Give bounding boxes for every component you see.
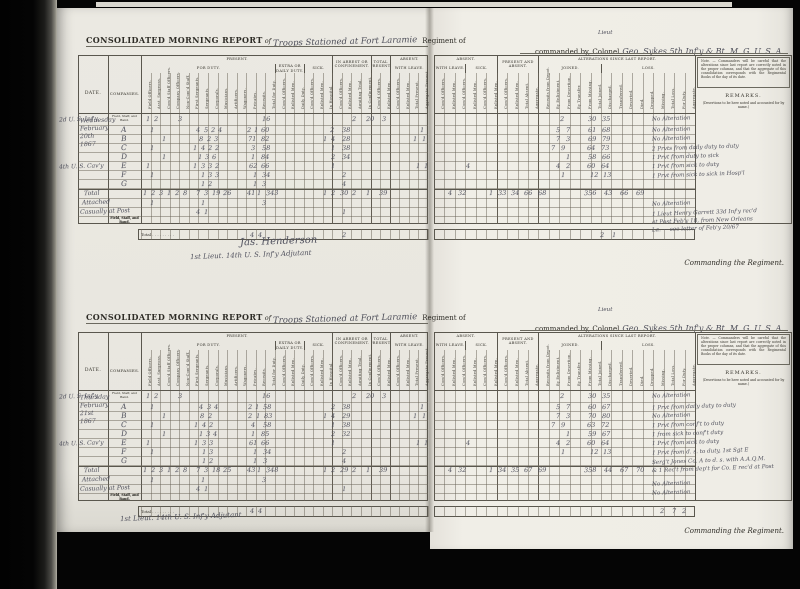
handwritten-entry: 4 [196, 208, 200, 216]
table-rule-vertical [507, 506, 508, 517]
handwritten-entry: 2 [154, 115, 158, 123]
handwritten-entry: 39 [379, 189, 388, 197]
handwritten-entry: 3 [215, 171, 219, 179]
table-rule-vertical [409, 229, 410, 240]
table-rule-vertical [237, 350, 238, 501]
table-rule-vertical [643, 506, 644, 517]
handwritten-entry: 1 [194, 439, 198, 447]
handwritten-entry: 1 [489, 466, 493, 474]
companies-column-header: COMPANIES. [108, 91, 141, 96]
table-rule-vertical [361, 73, 362, 224]
handwritten-entry: 1 [201, 199, 205, 207]
handwritten-entry: 5 [556, 403, 560, 411]
handwritten-entry: 2 [209, 457, 213, 465]
table-rule-vertical [476, 73, 477, 224]
subsection-header: WITH LEAVE. [434, 341, 465, 350]
table-rule-vertical [304, 506, 305, 517]
handwritten-entry: 2 [330, 126, 334, 134]
handwritten-entry: 4 [466, 162, 470, 170]
handwritten-entry: 58 [263, 421, 272, 429]
handwritten-entry: 67 [602, 430, 611, 438]
handwritten-entry: 1 [150, 448, 154, 456]
handwritten-entry: 3 [202, 439, 206, 447]
handwritten-entry: 3 [262, 180, 266, 188]
table-rule-vertical [632, 229, 633, 240]
table-rule-vertical [497, 506, 498, 517]
handwritten-entry: 1 [366, 189, 370, 197]
table-rule-horizontal [78, 207, 428, 208]
handwritten-entry: 4 [331, 412, 335, 420]
handwritten-entry: 1 [424, 162, 428, 170]
table-rule-vertical [361, 506, 362, 517]
handwritten-entry: 4 [251, 421, 255, 429]
table-rule-vertical [218, 350, 219, 501]
handwritten-entry: 38 [342, 126, 351, 134]
table-rule-vertical [304, 350, 305, 501]
table-rule-vertical [208, 229, 209, 240]
of-label: of [265, 314, 271, 322]
table-rule-vertical [399, 73, 400, 224]
table-rule-vertical [632, 506, 633, 517]
table-rule-vertical [428, 229, 429, 240]
table-rule-vertical [580, 73, 581, 224]
table-rule-horizontal [434, 438, 695, 439]
handwritten-entry: 1 [561, 448, 565, 456]
form1-title-line: CONSOLIDATED MORNING REPORTofTroops Stat… [86, 28, 466, 47]
table-rule-vertical [380, 73, 381, 224]
table-rule-vertical [332, 229, 333, 240]
table-rule-vertical [361, 229, 362, 240]
section-header: PRESENT. [141, 332, 332, 341]
table-rule-horizontal [78, 475, 428, 476]
handwritten-entry: 2 [352, 189, 356, 197]
table-rule-vertical [444, 506, 445, 517]
date-handwriting: 20th [80, 133, 95, 140]
handwritten-entry: 70 [636, 466, 645, 474]
date-handwriting: 21st [80, 410, 94, 417]
subsection-header: LOSS. [601, 64, 695, 73]
table-rule-vertical [444, 229, 445, 240]
table-rule-vertical [390, 350, 391, 501]
remarks-title: REMARKS. [695, 370, 792, 376]
handwritten-entry: 7 [672, 507, 676, 515]
table-rule-vertical [285, 506, 286, 517]
handwritten-entry: 8 [183, 466, 187, 474]
handwritten-entry: 1 [204, 208, 208, 216]
table-rule-vertical [465, 229, 466, 240]
handwritten-entry: 1 [331, 439, 335, 447]
table-rule-vertical [265, 506, 266, 517]
table-rule-vertical [455, 229, 456, 240]
table-rule-vertical [160, 350, 161, 501]
handwritten-entry: 1 [150, 476, 154, 484]
table-rule-vertical [371, 229, 372, 240]
company-letter: D [121, 429, 127, 438]
table-rule-vertical [549, 506, 550, 517]
table-rule-vertical [256, 350, 257, 501]
company-letter: E [121, 438, 127, 447]
table-rule-vertical [409, 350, 410, 501]
table-rule-vertical [160, 73, 161, 224]
table-rule-horizontal [78, 402, 428, 403]
handwritten-entry: 66 [261, 439, 270, 447]
handwritten-entry: 1 [150, 144, 154, 152]
table-rule-vertical [285, 73, 286, 224]
rank-handwriting: Lieut [598, 30, 612, 36]
commanding-the-regiment: Commanding the Regiment. [684, 527, 784, 535]
handwritten-entry: 4 [258, 507, 262, 515]
table-rule-vertical [611, 73, 612, 224]
table-rule-vertical [351, 229, 352, 240]
handwritten-entry: 1 [331, 421, 335, 429]
handwritten-entry: 1 [254, 126, 258, 134]
handwritten-entry: 1 [146, 162, 150, 170]
handwritten-entry: 4 [448, 466, 452, 474]
handwritten-entry: 2 [331, 430, 335, 438]
section-header: ALTERATIONS SINCE LAST REPORT. [538, 55, 695, 64]
subsection-header: FOR DUTY. [141, 64, 275, 73]
handwritten-entry: 1 [162, 412, 166, 420]
section-header: PRESENT AND ABSENT. [497, 332, 539, 350]
handwritten-entry: 66 [524, 189, 533, 197]
remarks-subtitle: (Desertions to be here noted and account… [697, 101, 790, 109]
handwritten-entry: 30 [588, 115, 597, 123]
date-column-header: DATE. [78, 368, 108, 373]
handwritten-entry: 34 [262, 171, 271, 179]
handwritten-entry: 1 [566, 153, 570, 161]
table-rule-vertical [497, 73, 498, 224]
field-staff-band-label: Field, Staff, and Band. [109, 392, 140, 399]
handwritten-entry: 7 [551, 144, 555, 152]
table-rule-vertical [622, 350, 623, 501]
table-rule-vertical [486, 73, 487, 224]
table-rule-vertical [332, 506, 333, 517]
report-title: CONSOLIDATED MORNING REPORT [86, 312, 263, 322]
table-rule-vertical [611, 506, 612, 517]
handwritten-entry: 1 [150, 199, 154, 207]
table-rule-vertical [170, 73, 171, 224]
handwritten-entry: 3 [251, 144, 255, 152]
handwritten-entry: 32 [458, 189, 467, 197]
table-rule-vertical [549, 73, 550, 224]
handwritten-entry: 3 [209, 439, 213, 447]
handwritten-entry: 35 [602, 115, 611, 123]
table-rule-vertical [227, 73, 228, 224]
handwritten-entry: 4 [448, 189, 452, 197]
table-rule-horizontal [434, 402, 695, 403]
table-rule-vertical [179, 73, 180, 224]
section-header: TOTAL PRESENT. [371, 55, 390, 73]
table-rule-horizontal [78, 198, 428, 199]
table-rule-vertical [601, 506, 602, 517]
handwritten-entry: 80 [602, 412, 611, 420]
handwritten-entry: 20 [366, 392, 375, 400]
handwritten-entry: 4 [202, 421, 206, 429]
section-header: ABSENT. [434, 332, 497, 341]
handwritten-entry: 1 [204, 485, 208, 493]
handwritten-entry: 1 [257, 466, 261, 474]
table-rule-vertical [444, 73, 445, 224]
handwritten-entry: 1 [253, 180, 257, 188]
handwritten-entry: 72 [601, 421, 610, 429]
table-rule-vertical [275, 506, 276, 517]
handwritten-entry: 2 [175, 189, 179, 197]
handwritten-entry: 3 [566, 412, 570, 420]
table-rule-vertical [246, 506, 247, 517]
handwritten-entry: 1 [561, 171, 565, 179]
handwritten-entry: 3 [204, 466, 208, 474]
handwritten-entry: 1 [198, 153, 202, 161]
handwritten-entry: 1 [612, 231, 616, 239]
table-rule-vertical [189, 73, 190, 224]
handwritten-entry: 58 [263, 403, 272, 411]
table-rule-horizontal [434, 113, 695, 114]
bottom-row-label: Attached [82, 476, 110, 484]
handwritten-entry: 2 [331, 153, 335, 161]
date-handwriting: Thursday [80, 393, 110, 401]
handwritten-entry: 1 [424, 439, 428, 447]
table-rule-vertical [622, 229, 623, 240]
table-rule-vertical [380, 350, 381, 501]
section-header: IN ARREST OR CONFINEMENT. [332, 55, 370, 73]
table-rule-vertical [518, 506, 519, 517]
handwritten-entry: 4 [466, 439, 470, 447]
table-rule-vertical [444, 350, 445, 501]
table-rule-vertical [198, 73, 199, 224]
rotated-column-label: Aggregate Present. [425, 347, 429, 386]
handwritten-entry: 3 [382, 115, 386, 123]
subsection-header: WITH LEAVE. [390, 64, 428, 73]
table-rule-vertical [455, 506, 456, 517]
report-title: CONSOLIDATED MORNING REPORT [86, 35, 263, 45]
handwritten-entry: 1 [201, 171, 205, 179]
handwritten-entry: 7 [551, 421, 555, 429]
handwritten-entry: 7 [196, 466, 200, 474]
table-rule-vertical [580, 506, 581, 517]
table-rule-vertical [486, 229, 487, 240]
handwritten-entry: 2 [215, 144, 219, 152]
handwritten-entry: 38 [342, 421, 351, 429]
table-rule-vertical [518, 229, 519, 240]
table-rule-vertical [538, 350, 539, 501]
table-rule-vertical [323, 506, 324, 517]
table-rule-vertical [528, 350, 529, 501]
table-rule-vertical [580, 350, 581, 501]
handwritten-entry: 1 [416, 439, 420, 447]
table-rule-vertical [455, 73, 456, 224]
handwritten-entry: 4 [342, 180, 346, 188]
handwritten-entry: 18 [212, 466, 221, 474]
table-rule-horizontal [434, 429, 695, 430]
handwritten-entry: 38 [342, 144, 351, 152]
table-rule-vertical [507, 350, 508, 501]
handwritten-entry: 58 [262, 144, 271, 152]
handwritten-entry: 3 [178, 115, 182, 123]
handwritten-entry: 3 [201, 162, 205, 170]
table-rule-vertical [227, 229, 228, 240]
table-rule-vertical [507, 229, 508, 240]
table-rule-vertical [418, 73, 419, 224]
table-rule-horizontal [434, 125, 695, 126]
table-rule-vertical [361, 350, 362, 501]
handwritten-entry: 2 [342, 231, 346, 239]
table-rule-vertical [486, 350, 487, 501]
handwritten-entry: 85 [261, 430, 270, 438]
handwritten-entry: 1 [420, 126, 424, 134]
handwritten-entry: 5 [204, 126, 208, 134]
handwritten-entry: 4 [342, 457, 346, 465]
total-strip-right [434, 506, 695, 517]
remarks-note: Note. — Commanders will be careful that … [697, 57, 790, 88]
table-rule-vertical [371, 73, 372, 224]
handwritten-entry: 343 [266, 189, 279, 197]
table-rule-vertical [198, 350, 199, 501]
handwritten-entry: 30 [588, 392, 597, 400]
table-rule-vertical [304, 73, 305, 224]
handwritten-entry: 4 [331, 135, 335, 143]
handwritten-entry: 3 [566, 135, 570, 143]
handwritten-entry: 2 [207, 135, 211, 143]
handwritten-entry: 4 [199, 403, 203, 411]
table-rule-vertical [418, 229, 419, 240]
handwritten-entry: 66 [620, 189, 629, 197]
handwritten-entry: 1 [323, 466, 327, 474]
handwritten-entry: 33 [498, 189, 507, 197]
handwritten-entry: 2 [248, 403, 252, 411]
table-rule-vertical [323, 229, 324, 240]
table-rule-vertical [497, 350, 498, 501]
handwritten-entry: 1 [253, 457, 257, 465]
table-rule-vertical [653, 506, 654, 517]
companies-column-header: COMPANIES. [108, 368, 141, 373]
commanding-the-regiment: Commanding the Regiment. [684, 259, 784, 267]
table-rule-vertical [313, 506, 314, 517]
table-rule-vertical [476, 350, 477, 501]
subsection-header: LOSS. [601, 341, 695, 350]
handwritten-entry: 84 [261, 153, 270, 161]
handwritten-entry: 20 [366, 115, 375, 123]
handwritten-entry: 2 [660, 507, 664, 515]
handwritten-entry: 1 [150, 126, 154, 134]
handwritten-entry: 19 [212, 189, 221, 197]
company-letter: F [121, 170, 127, 179]
table-rule-vertical [465, 73, 466, 224]
company-letter: E [121, 161, 127, 170]
section-header: IN ARREST OR CONFINEMENT. [332, 332, 370, 350]
handwritten-entry: 34 [498, 466, 507, 474]
handwritten-entry: 1 [193, 144, 197, 152]
handwritten-entry: 1 [251, 153, 255, 161]
company-letter: A [121, 125, 127, 134]
handwritten-entry: 39 [379, 466, 388, 474]
handwritten-entry: 13 [603, 171, 612, 179]
table-rule-vertical [428, 506, 429, 517]
handwritten-entry: 1 [323, 412, 327, 420]
handwritten-entry: 3 [205, 153, 209, 161]
table-rule-vertical [409, 73, 410, 224]
handwritten-entry: 2 [215, 162, 219, 170]
handwritten-entry: 9 [561, 421, 565, 429]
subsection-header: WITH LEAVE. [390, 341, 428, 350]
handwritten-entry: 1 [143, 466, 147, 474]
handwritten-entry: 2 [151, 189, 155, 197]
handwritten-entry: 34 [342, 153, 351, 161]
handwritten-entry: 1 [331, 162, 335, 170]
section-header: PRESENT. [141, 55, 332, 64]
handwritten-entry: 16 [262, 392, 271, 400]
book-binding-edge [0, 0, 57, 589]
table-rule-vertical [313, 350, 314, 501]
handwritten-entry: 13 [603, 448, 612, 456]
handwritten-entry: 1 [201, 180, 205, 188]
company-letter: G [121, 179, 127, 188]
handwritten-entry: 79 [602, 135, 611, 143]
handwritten-entry: 3 [262, 199, 266, 207]
form2-title-line: CONSOLIDATED MORNING REPORTofTroops Stat… [86, 305, 466, 324]
of-label: of [265, 37, 271, 45]
handwritten-entry: 3 [159, 466, 163, 474]
handwritten-entry: 1 [199, 430, 203, 438]
handwritten-entry: 5 [556, 126, 560, 134]
table-rule-vertical [390, 73, 391, 224]
bottom-row-label: Total [84, 190, 100, 198]
table-rule-vertical [170, 350, 171, 501]
company-letter: F [121, 447, 127, 456]
regiment-of-label: Regiment of [422, 37, 465, 45]
handwritten-entry: 8 [199, 135, 203, 143]
handwritten-entry: 64 [587, 144, 596, 152]
handwritten-entry: 1 [194, 421, 198, 429]
page-top-edge [96, 2, 732, 7]
table-rule-vertical [256, 73, 257, 224]
handwritten-entry: 2 [247, 126, 251, 134]
table-rule-vertical [351, 350, 352, 501]
table-rule-vertical [237, 229, 238, 240]
table-rule-vertical [351, 506, 352, 517]
handwritten-entry: 1 [257, 189, 261, 197]
handwritten-entry: 29 [342, 412, 351, 420]
handwritten-entry: 1 [489, 189, 493, 197]
table-rule-vertical [455, 350, 456, 501]
handwritten-entry: 4 [201, 144, 205, 152]
handwritten-entry: 1 [331, 144, 335, 152]
handwritten-entry: 2 [248, 412, 252, 420]
remarks-title: REMARKS. [695, 93, 792, 99]
lower-section-label: Field, Staff, and Band. [109, 494, 140, 501]
table-rule-vertical [323, 73, 324, 224]
table-rule-horizontal [434, 161, 695, 162]
subsection-header: WITH LEAVE. [434, 64, 465, 73]
company-letter: A [121, 402, 127, 411]
handwritten-entry: 1 [256, 412, 260, 420]
handwritten-entry: 38 [342, 403, 351, 411]
handwritten-entry: 3 [382, 392, 386, 400]
table-rule-vertical [418, 506, 419, 517]
table-rule-vertical [399, 350, 400, 501]
table-rule-vertical [198, 229, 199, 240]
table-rule-vertical [570, 506, 571, 517]
table-rule-vertical [695, 55, 696, 224]
handwritten-entry: 25 [223, 466, 232, 474]
date-handwriting: Wednesday [80, 116, 116, 124]
company-letter: C [121, 420, 127, 429]
handwritten-entry: 43 [604, 189, 613, 197]
table-rule-vertical [351, 73, 352, 224]
table-rule-vertical [227, 350, 228, 501]
table-rule-horizontal [434, 134, 695, 135]
handwritten-entry: 70 [588, 412, 597, 420]
handwritten-entry: 62 [249, 162, 258, 170]
